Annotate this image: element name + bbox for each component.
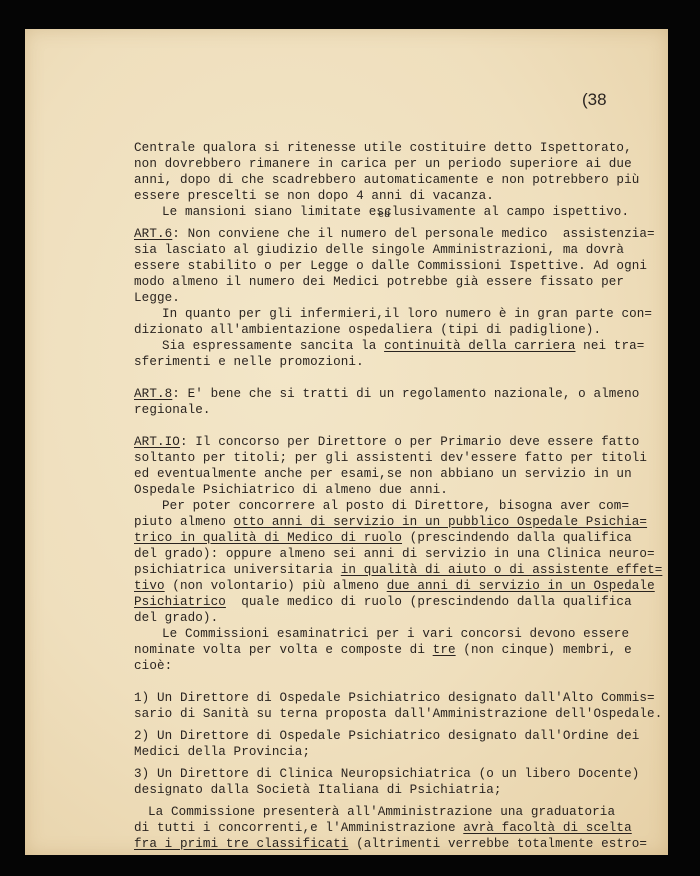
text-line: regionale. bbox=[134, 402, 211, 418]
text-segment: : E' bene che si tratti di un regolament… bbox=[172, 387, 639, 401]
underlined-phrase: avrà facoltà di scelta bbox=[463, 821, 631, 835]
underlined-phrase: due anni di servizio in un Ospedale bbox=[387, 579, 655, 593]
text-segment: (altrimenti verrebbe totalmente estro= bbox=[348, 837, 647, 851]
text-segment: essere stabilito o per Legge o dalle Com… bbox=[134, 259, 647, 273]
text-segment: Centrale qualora si ritenesse utile cost… bbox=[134, 141, 632, 155]
text-segment: ed eventualmente anche per esami,se non … bbox=[134, 467, 632, 481]
text-segment: regionale. bbox=[134, 403, 211, 417]
text-line: Per poter concorrere al posto di Diretto… bbox=[162, 498, 629, 514]
underlined-phrase: continuità della carriera bbox=[384, 339, 575, 353]
text-segment: 2) Un Direttore di Ospedale Psichiatrico… bbox=[134, 729, 639, 743]
text-line: designato dalla Società Italiana di Psic… bbox=[134, 782, 502, 798]
text-segment: dizionato all'ambientazione ospedaliera … bbox=[134, 323, 601, 337]
underlined-phrase: fra i primi tre classificati bbox=[134, 837, 348, 851]
text-line: 3) Un Direttore di Clinica Neuropsichiat… bbox=[134, 766, 639, 782]
underlined-phrase: otto anni di servizio in un pubblico Osp… bbox=[234, 515, 648, 529]
text-line: piuto almeno otto anni di servizio in un… bbox=[134, 514, 647, 530]
text-segment: 3) Un Direttore di Clinica Neuropsichiat… bbox=[134, 767, 639, 781]
text-segment: La Commissione presenterà all'Amministra… bbox=[148, 805, 615, 819]
underlined-phrase: tivo bbox=[134, 579, 165, 593]
underlined-phrase: ART.6 bbox=[134, 227, 172, 241]
text-line: Centrale qualora si ritenesse utile cost… bbox=[134, 140, 632, 156]
text-segment: quale medico di ruolo (prescindendo dall… bbox=[226, 595, 632, 609]
text-segment: sia lasciato al giudizio delle singole A… bbox=[134, 243, 624, 257]
text-line: tivo (non volontario) più almeno due ann… bbox=[134, 578, 655, 594]
text-line: La Commissione presenterà all'Amministra… bbox=[148, 804, 615, 820]
text-line: essere stabilito o per Legge o dalle Com… bbox=[134, 258, 647, 274]
text-segment: sario di Sanità su terna proposta dall'A… bbox=[134, 707, 662, 721]
text-segment: sferimenti e nelle promozioni. bbox=[134, 355, 364, 369]
text-segment: Medici della Provincia; bbox=[134, 745, 310, 759]
text-line: modo almeno il numero dei Medici potrebb… bbox=[134, 274, 624, 290]
text-segment: Le mansioni siano limitate esclusivament… bbox=[162, 205, 629, 219]
text-line: psichiatrica universitaria in qualità di… bbox=[134, 562, 662, 578]
text-segment: nominate volta per volta e composte di bbox=[134, 643, 433, 657]
text-line: ART.8: E' bene che si tratti di un regol… bbox=[134, 386, 639, 402]
text-line: non dovrebbero rimanere in carica per un… bbox=[134, 156, 632, 172]
text-segment: Sia espressamente sancita la bbox=[162, 339, 384, 353]
text-line: di tutti i concorrenti,e l'Amministrazio… bbox=[134, 820, 632, 836]
text-segment: Per poter concorrere al posto di Diretto… bbox=[162, 499, 629, 513]
text-segment: (non volontario) più almeno bbox=[165, 579, 387, 593]
text-line: In quanto per gli infermieri,il loro num… bbox=[162, 306, 652, 322]
underlined-phrase: tre bbox=[433, 643, 456, 657]
text-segment: di tutti i concorrenti,e l'Amministrazio… bbox=[134, 821, 463, 835]
text-line: trico in qualità di Medico di ruolo (pre… bbox=[134, 530, 632, 546]
text-segment: (non cinque) membri, e bbox=[456, 643, 632, 657]
text-segment: Le Commissioni esaminatrici per i vari c… bbox=[162, 627, 629, 641]
text-line: ART.IO: Il concorso per Direttore o per … bbox=[134, 434, 639, 450]
text-line: fra i primi tre classificati (altrimenti… bbox=[134, 836, 647, 852]
text-segment: del grado): oppure almeno sei anni di se… bbox=[134, 547, 655, 561]
text-line: anni, dopo di che scadrebbero automatica… bbox=[134, 172, 639, 188]
text-segment: anni, dopo di che scadrebbero automatica… bbox=[134, 173, 639, 187]
text-line: sia lasciato al giudizio delle singole A… bbox=[134, 242, 624, 258]
text-segment: 1) Un Direttore di Ospedale Psichiatrico… bbox=[134, 691, 655, 705]
text-segment: nei tra= bbox=[576, 339, 645, 353]
underlined-phrase: Psichiatrico bbox=[134, 595, 226, 609]
text-line: Le Commissioni esaminatrici per i vari c… bbox=[162, 626, 629, 642]
text-segment: non dovrebbero rimanere in carica per un… bbox=[134, 157, 632, 171]
text-line: Sia espressamente sancita la continuità … bbox=[162, 338, 644, 354]
text-segment: Legge. bbox=[134, 291, 180, 305]
text-line: 2) Un Direttore di Ospedale Psichiatrico… bbox=[134, 728, 639, 744]
underlined-phrase: ART.IO bbox=[134, 435, 180, 449]
text-line: soltanto per titoli; per gli assistenti … bbox=[134, 450, 647, 466]
text-line: cioè: bbox=[134, 658, 172, 674]
underlined-phrase: ART.8 bbox=[134, 387, 172, 401]
text-line: nominate volta per volta e composte di t… bbox=[134, 642, 632, 658]
text-segment: In quanto per gli infermieri,il loro num… bbox=[162, 307, 652, 321]
text-line: Psichiatrico quale medico di ruolo (pres… bbox=[134, 594, 632, 610]
underlined-phrase: trico in qualità di Medico di ruolo bbox=[134, 531, 402, 545]
text-segment: del grado). bbox=[134, 611, 218, 625]
text-line: dizionato all'ambientazione ospedaliera … bbox=[134, 322, 601, 338]
text-line: 1) Un Direttore di Ospedale Psichiatrico… bbox=[134, 690, 655, 706]
underlined-phrase: in qualità di aiuto o di assistente effe… bbox=[341, 563, 663, 577]
text-segment: modo almeno il numero dei Medici potrebb… bbox=[134, 275, 624, 289]
text-line: Le mansioni siano limitate esclusivament… bbox=[162, 204, 629, 220]
text-line: Legge. bbox=[134, 290, 180, 306]
text-segment: (prescindendo dalla qualifica bbox=[402, 531, 632, 545]
text-segment: psichiatrica universitaria bbox=[134, 563, 341, 577]
text-line: del grado). bbox=[134, 610, 218, 626]
text-segment: designato dalla Società Italiana di Psic… bbox=[134, 783, 502, 797]
text-segment: soltanto per titoli; per gli assistenti … bbox=[134, 451, 647, 465]
text-line: essere prescelti se non dopo 4 anni di v… bbox=[134, 188, 494, 204]
text-line: Ospedale Psichiatrico di almeno due anni… bbox=[134, 482, 448, 498]
text-line: ART.6: Non conviene che il numero del pe… bbox=[134, 226, 655, 242]
text-line: ed eventualmente anche per esami,se non … bbox=[134, 466, 632, 482]
text-segment: : Non conviene che il numero del persona… bbox=[172, 227, 654, 241]
text-segment: Ospedale Psichiatrico di almeno due anni… bbox=[134, 483, 448, 497]
page-number: (38 bbox=[582, 90, 607, 110]
text-line: Medici della Provincia; bbox=[134, 744, 310, 760]
text-segment: piuto almeno bbox=[134, 515, 234, 529]
text-segment: cioè: bbox=[134, 659, 172, 673]
text-segment: essere prescelti se non dopo 4 anni di v… bbox=[134, 189, 494, 203]
text-line: sario di Sanità su terna proposta dall'A… bbox=[134, 706, 662, 722]
text-line: sferimenti e nelle promozioni. bbox=[134, 354, 364, 370]
text-line: del grado): oppure almeno sei anni di se… bbox=[134, 546, 655, 562]
text-segment: : Il concorso per Direttore o per Primar… bbox=[180, 435, 639, 449]
